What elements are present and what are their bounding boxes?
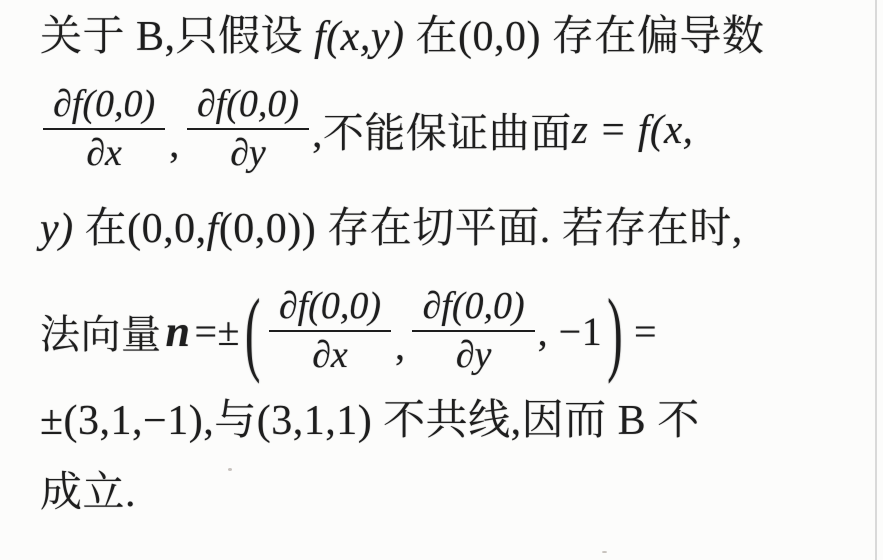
fraction-denominator: ∂x bbox=[312, 332, 348, 376]
fraction-numerator: ∂f(0,0) bbox=[269, 286, 391, 332]
text-line-1: 关于 B,只假设 f(x,y) 在(0,0) 存在偏导数 bbox=[40, 12, 869, 62]
scanned-page: 关于 B,只假设 f(x,y) 在(0,0) 存在偏导数 ∂f(0,0) ∂x … bbox=[0, 0, 883, 560]
page-edge-scan-line bbox=[875, 0, 877, 560]
text-segment: 成立. bbox=[40, 470, 136, 516]
comma-separator: , bbox=[395, 322, 406, 369]
fraction-numerator: ∂f(0,0) bbox=[187, 84, 309, 130]
text-line-5: ±(3,1,−1),与(3,1,1) 不共线,因而 B 不 bbox=[40, 393, 869, 449]
text-block: 关于 B,只假设 f(x,y) 在(0,0) 存在偏导数 ∂f(0,0) ∂x … bbox=[40, 12, 869, 519]
fraction-df-dx: ∂f(0,0) ∂x bbox=[43, 84, 165, 174]
big-close-paren: ) bbox=[607, 277, 623, 386]
text-segment: 在(0,0, bbox=[74, 206, 207, 252]
text-segment: =± bbox=[194, 308, 240, 355]
fraction-df-dx: ∂f(0,0) ∂x bbox=[269, 286, 391, 376]
math-normal-vector-n: n bbox=[162, 306, 195, 357]
math-y-paren: y) bbox=[40, 206, 74, 252]
text-segment: 法向量 bbox=[40, 303, 162, 360]
fraction-denominator: ∂x bbox=[86, 130, 122, 174]
text-segment: ±(3,1,−1),与(3,1,1) 不共线,因而 B 不 bbox=[40, 398, 700, 444]
comma-separator: , bbox=[169, 119, 180, 167]
fraction-numerator: ∂f(0,0) bbox=[43, 84, 165, 130]
fraction-df-dy: ∂f(0,0) ∂y bbox=[412, 286, 534, 376]
fraction-numerator: ∂f(0,0) bbox=[412, 286, 534, 332]
fraction-denominator: ∂y bbox=[456, 332, 492, 376]
text-line-4: 法向量 n =± ( ∂f(0,0) ∂x , ∂f(0,0) ∂y , −1 … bbox=[40, 285, 869, 377]
text-line-3: y) 在(0,0,f(0,0)) 存在切平面. 若存在时, bbox=[40, 203, 869, 255]
text-segment: 关于 B,只假设 bbox=[40, 14, 314, 60]
math-f: f bbox=[207, 206, 219, 252]
equals-sign: = bbox=[634, 308, 657, 355]
text-segment: ,不能保证曲面 bbox=[312, 100, 572, 159]
math-f-xy: f(x,y) bbox=[314, 14, 404, 60]
fraction-denominator: ∂y bbox=[230, 130, 266, 174]
text-line-6: 成立. bbox=[40, 467, 869, 519]
text-segment: (0,0)) 存在切平面. 若存在时, bbox=[219, 206, 743, 252]
big-open-paren: ( bbox=[245, 277, 261, 386]
math-z-equals-fx: z = f(x, bbox=[572, 105, 694, 153]
scan-speck bbox=[602, 551, 607, 553]
text-line-2: ∂f(0,0) ∂x , ∂f(0,0) ∂y ,不能保证曲面 z = f(x, bbox=[40, 85, 869, 173]
text-segment: 在(0,0) 存在偏导数 bbox=[404, 14, 764, 60]
fraction-df-dy: ∂f(0,0) ∂y bbox=[187, 84, 309, 174]
text-segment: , −1 bbox=[538, 308, 603, 355]
